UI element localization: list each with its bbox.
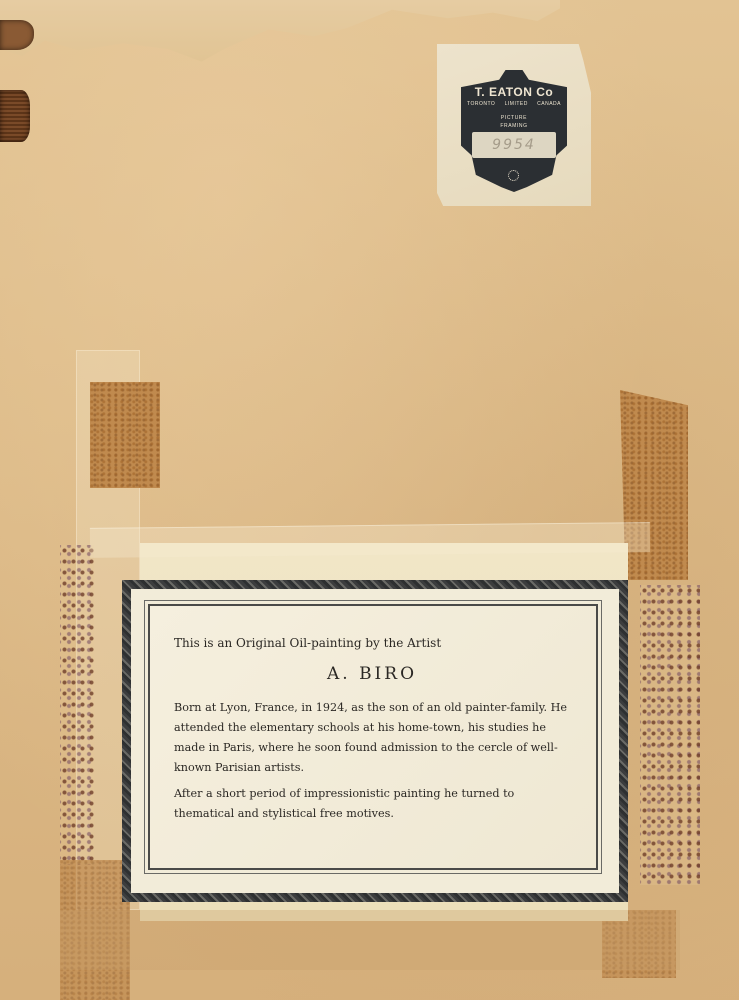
aged-tape-piece	[90, 382, 160, 488]
handwritten-order-number: 9954	[472, 132, 556, 158]
bio-card: This is an Original Oil-painting by the …	[148, 604, 598, 870]
bio-paragraph-1: Born at Lyon, France, in 1924, as the so…	[174, 698, 570, 778]
torn-hole-canvas	[0, 90, 30, 142]
tape-stain	[640, 585, 700, 885]
framer-company-name: T. EATON Co	[461, 85, 567, 99]
framer-country: CANADA	[537, 101, 561, 107]
bio-paragraph-2: After a short period of impressionistic …	[174, 784, 570, 824]
rosette-icon	[508, 170, 519, 181]
painting-backing-board: T. EATON Co TORONTO LIMITED CANADA PICTU…	[0, 0, 739, 1000]
framer-city: TORONTO	[467, 101, 495, 107]
framer-location: TORONTO LIMITED CANADA	[467, 101, 561, 107]
bio-card-intro: This is an Original Oil-painting by the …	[174, 636, 570, 650]
torn-hole	[0, 20, 34, 50]
framer-service: PICTURE FRAMING	[461, 114, 567, 130]
tape-stain	[60, 545, 94, 865]
tape-under-card	[60, 910, 680, 970]
framer-tagline: LIMITED	[505, 101, 528, 107]
framer-label-badge: T. EATON Co TORONTO LIMITED CANADA PICTU…	[461, 70, 567, 192]
artist-name: A. BIRO	[174, 664, 570, 684]
clear-tape-over-card	[90, 522, 650, 558]
